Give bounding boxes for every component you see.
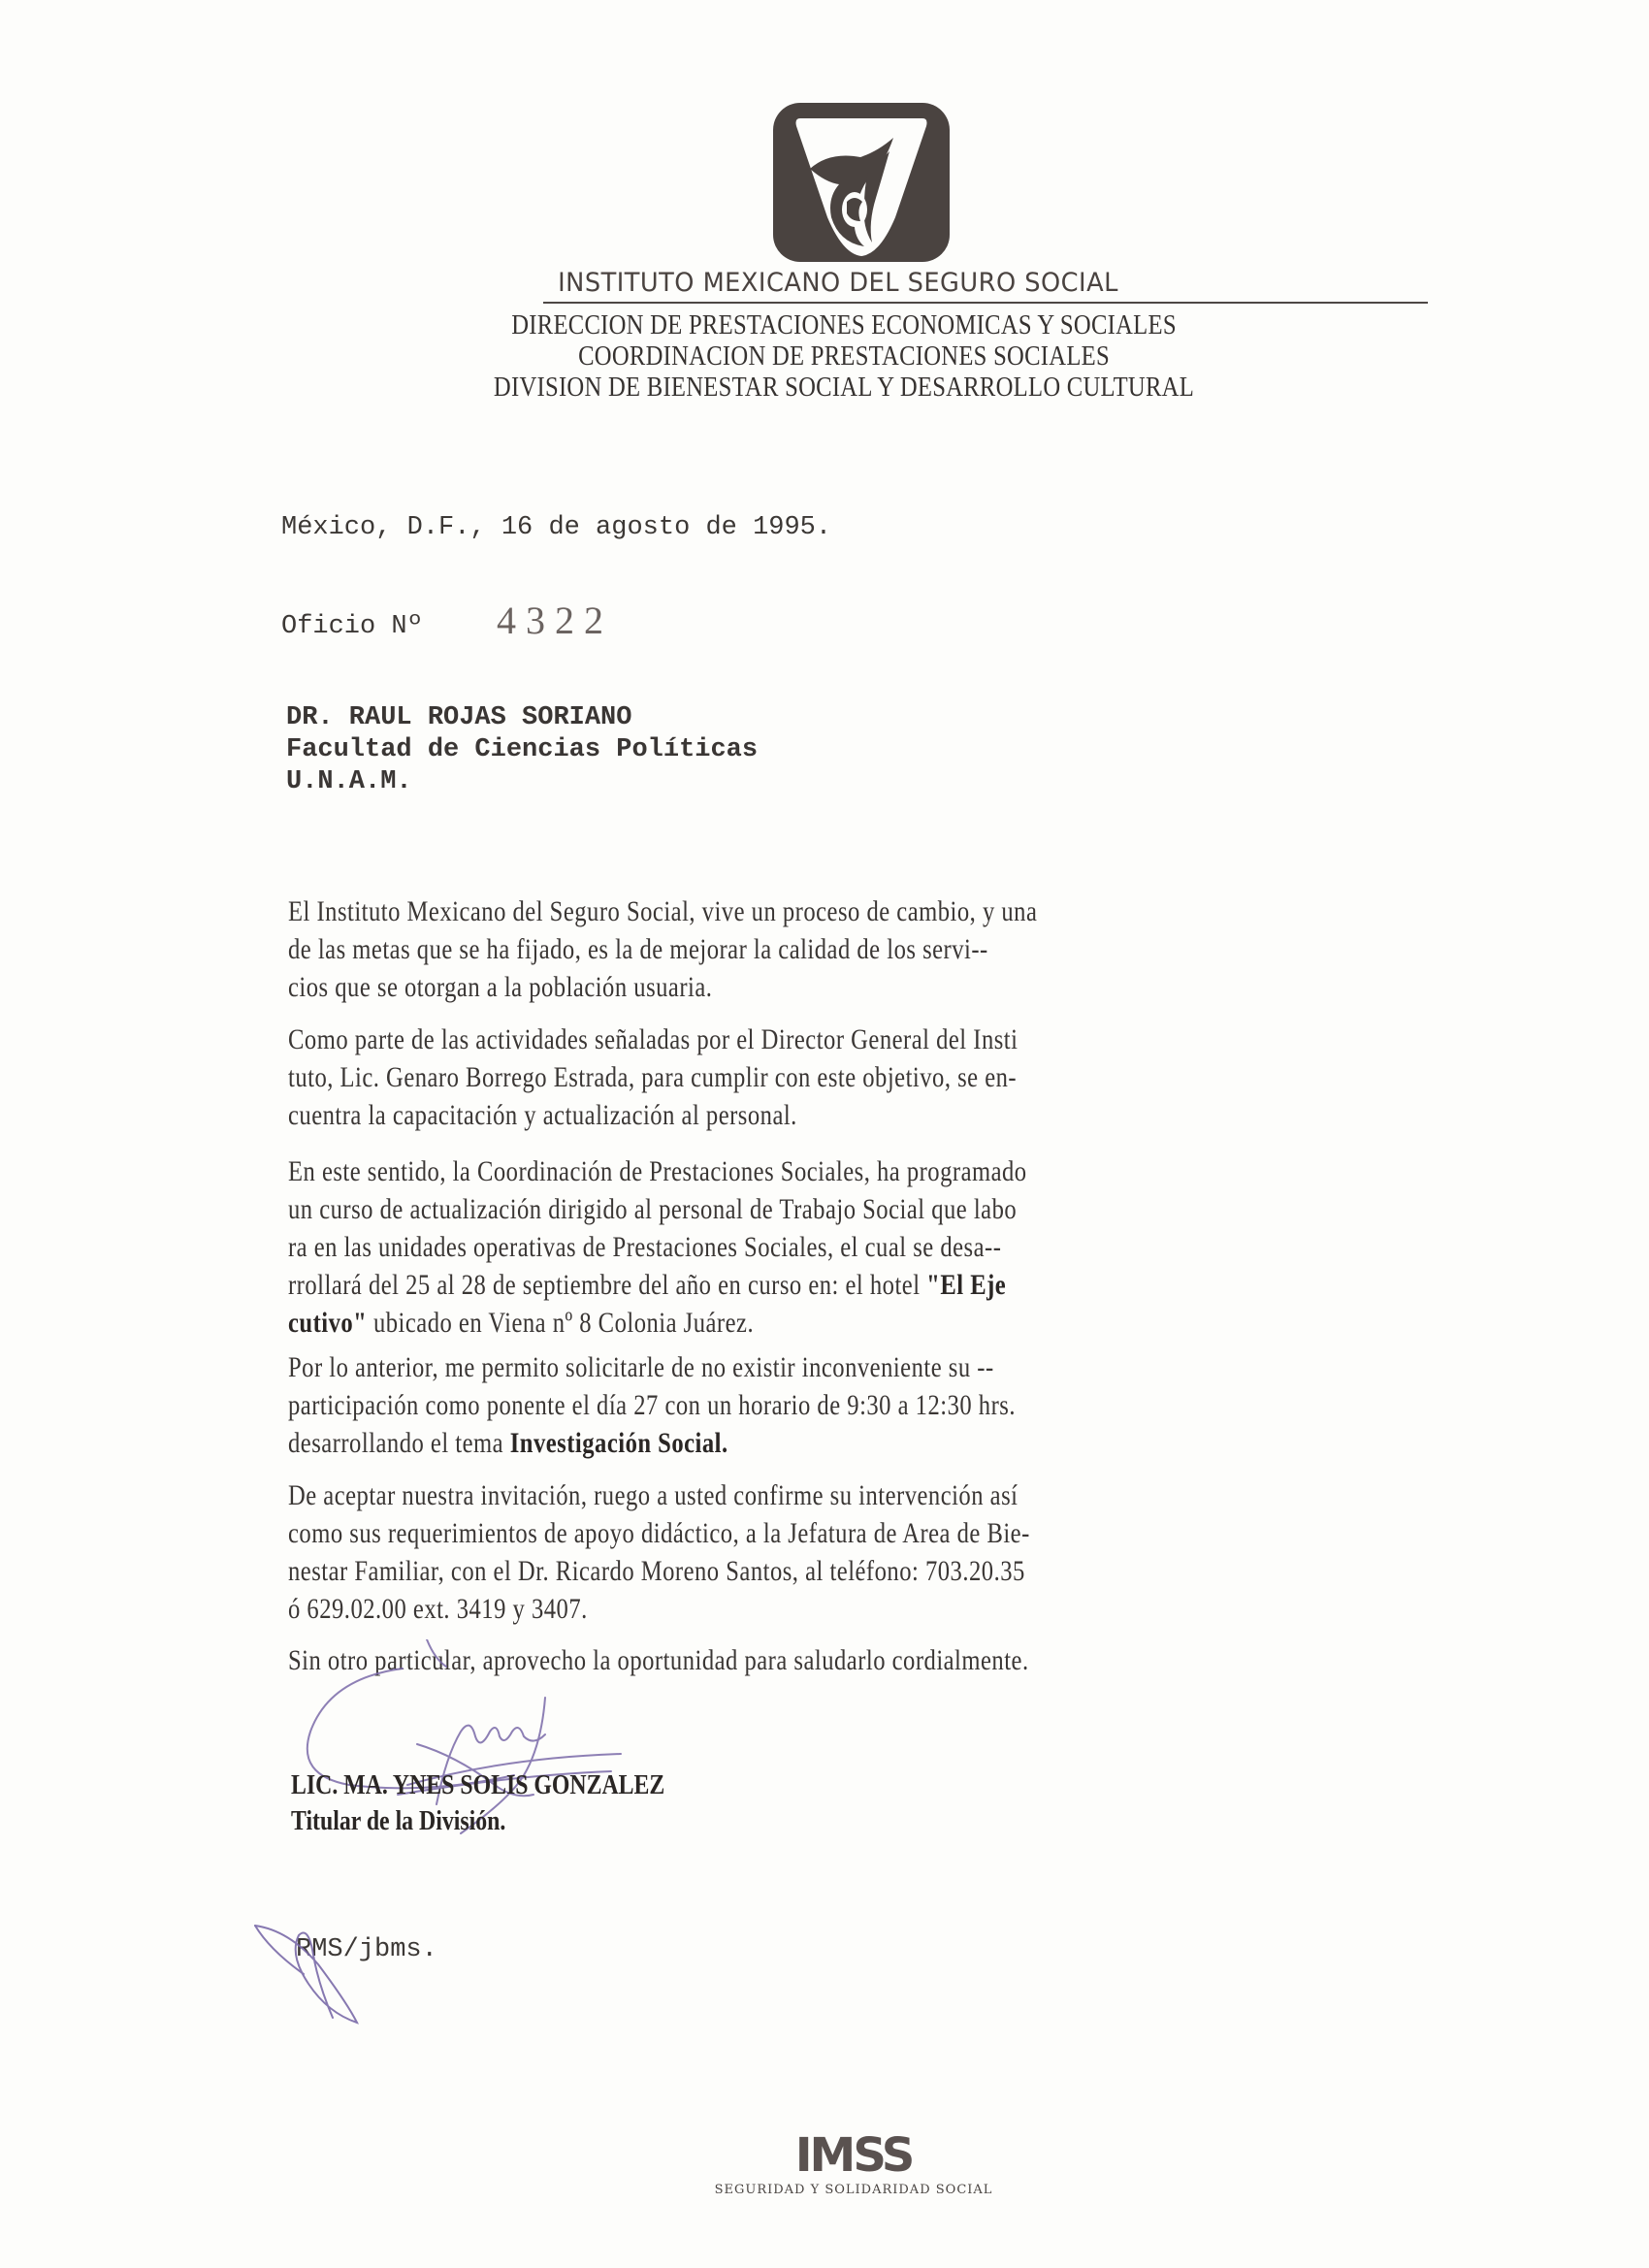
oficio-label: Oficio Nº bbox=[281, 611, 423, 643]
text-line: Por lo anterior, me permito solicitarle … bbox=[288, 1348, 1402, 1386]
department-line-3: DIVISION DE BIENESTAR SOCIAL Y DESARROLL… bbox=[477, 373, 1212, 404]
addressee-name: DR. RAUL ROJAS SORIANO bbox=[286, 702, 758, 734]
text-line: cios que se otorgan a la población usuar… bbox=[288, 968, 1402, 1006]
footer-tagline: SEGURIDAD Y SOLIDARIDAD SOCIAL bbox=[669, 2183, 1038, 2197]
text-line: como sus requerimientos de apoyo didácti… bbox=[288, 1514, 1402, 1552]
paragraph-3: En este sentido, la Coordinación de Pres… bbox=[288, 1152, 1646, 1342]
text-line: nestar Familiar, con el Dr. Ricardo More… bbox=[288, 1552, 1402, 1590]
institution-name: INSTITUTO MEXICANO DEL SEGURO SOCIAL bbox=[543, 268, 1133, 298]
text-line: De aceptar nuestra invitación, ruego a u… bbox=[288, 1476, 1402, 1514]
place-date: México, D.F., 16 de agosto de 1995. bbox=[281, 512, 831, 544]
text-span: rrollará del 25 al 28 de septiembre del … bbox=[288, 1269, 926, 1301]
header-divider bbox=[543, 302, 1428, 304]
topic-title: Investigación Social. bbox=[510, 1427, 728, 1459]
imss-logo-icon bbox=[771, 101, 952, 264]
text-line: El Instituto Mexicano del Seguro Social,… bbox=[288, 892, 1402, 930]
text-line: un curso de actualización dirigido al pe… bbox=[288, 1190, 1402, 1228]
text-line: En este sentido, la Coordinación de Pres… bbox=[288, 1152, 1402, 1190]
signer-name: LIC. MA. YNES SOLIS GONZALEZ bbox=[291, 1767, 664, 1803]
text-span: desarrollando el tema bbox=[288, 1427, 510, 1459]
paragraph-4: Por lo anterior, me permito solicitarle … bbox=[288, 1348, 1646, 1462]
paragraph-1: El Instituto Mexicano del Seguro Social,… bbox=[288, 892, 1646, 1006]
text-line: de las metas que se ha fijado, es la de … bbox=[288, 930, 1402, 968]
text-line: rrollará del 25 al 28 de septiembre del … bbox=[288, 1266, 1402, 1304]
addressee-block: DR. RAUL ROJAS SORIANO Facultad de Cienc… bbox=[286, 702, 758, 798]
text-line: desarrollando el tema Investigación Soci… bbox=[288, 1424, 1402, 1462]
hotel-name-part-1: "El Eje bbox=[926, 1269, 1006, 1301]
addressee-university: U.N.A.M. bbox=[286, 766, 758, 798]
text-line: cutivo" ubicado en Viena nº 8 Colonia Ju… bbox=[288, 1304, 1402, 1342]
text-line: ó 629.02.00 ext. 3419 y 3407. bbox=[288, 1590, 1402, 1628]
addressee-faculty: Facultad de Ciencias Políticas bbox=[286, 734, 758, 766]
hotel-name-part-2: cutivo" bbox=[288, 1307, 367, 1339]
oficio-number: 4322 bbox=[497, 598, 613, 643]
text-line: participación como ponente el día 27 con… bbox=[288, 1386, 1402, 1424]
signature-block: LIC. MA. YNES SOLIS GONZALEZ Titular de … bbox=[291, 1767, 730, 1839]
initial-scribble-icon bbox=[250, 1916, 376, 2032]
department-line-2: COORDINACION DE PRESTACIONES SOCIALES bbox=[477, 341, 1212, 373]
paragraph-2: Como parte de las actividades señaladas … bbox=[288, 1021, 1646, 1134]
text-line: ra en las unidades operativas de Prestac… bbox=[288, 1228, 1402, 1266]
paragraph-5: De aceptar nuestra invitación, ruego a u… bbox=[288, 1476, 1646, 1628]
text-span: ubicado en Viena nº 8 Colonia Juárez. bbox=[367, 1307, 754, 1339]
footer-brand: IMSS bbox=[727, 2128, 980, 2183]
text-line: Como parte de las actividades señaladas … bbox=[288, 1021, 1402, 1058]
text-line: tuto, Lic. Genaro Borrego Estrada, para … bbox=[288, 1058, 1402, 1096]
department-line-1: DIRECCION DE PRESTACIONES ECONOMICAS Y S… bbox=[477, 310, 1212, 341]
text-line: cuentra la capacitación y actualización … bbox=[288, 1096, 1402, 1134]
signer-title: Titular de la División. bbox=[291, 1803, 664, 1839]
